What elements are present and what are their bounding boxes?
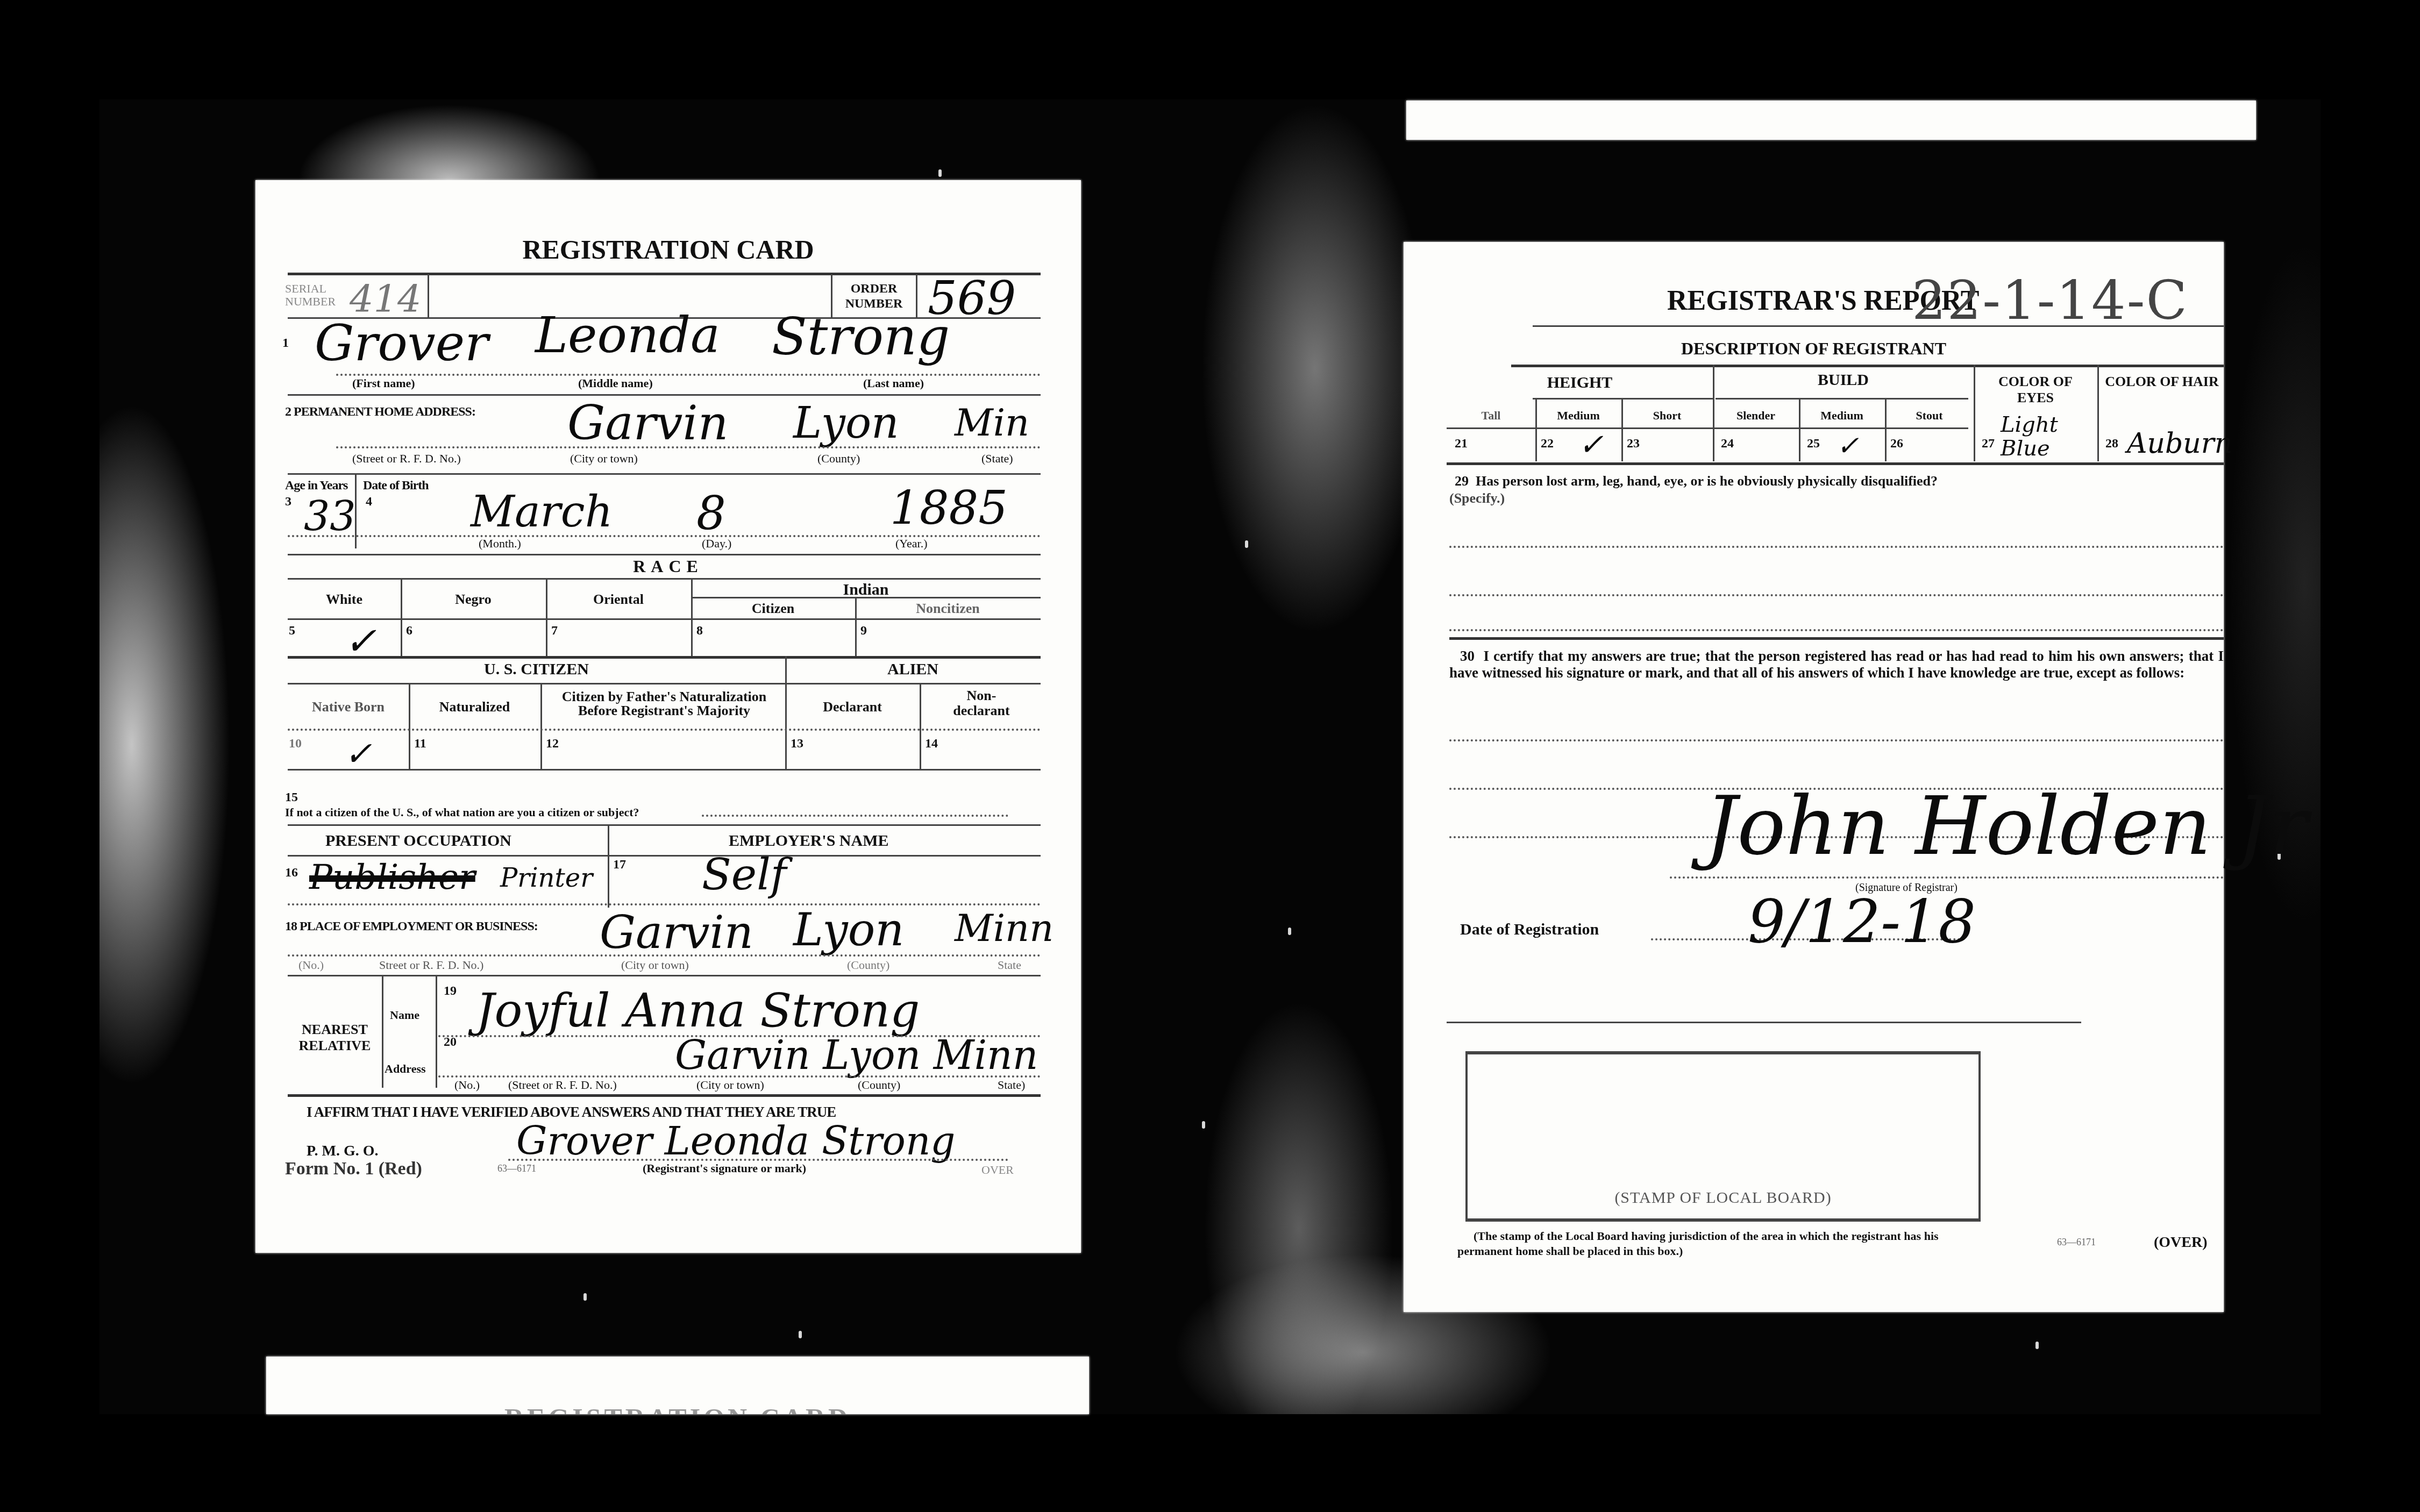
occupation-value: Printer <box>500 863 593 893</box>
divider <box>288 656 1041 659</box>
q7-number: 7 <box>551 624 558 638</box>
employment-county: Lyon <box>793 903 904 956</box>
right-print-code: 63—6171 <box>2057 1237 2096 1248</box>
divider <box>288 1094 1041 1097</box>
divider <box>288 975 1041 976</box>
left-over-label: OVER <box>981 1163 1014 1177</box>
left-print-code: 63—6171 <box>497 1163 536 1174</box>
eye-color-value: Light Blue <box>2001 413 2081 460</box>
divider <box>288 855 1041 857</box>
divider <box>1716 398 1968 400</box>
dotted-line <box>288 903 1041 905</box>
q19-number: 19 <box>444 984 457 999</box>
divider <box>608 824 609 908</box>
q12-number: 12 <box>546 737 559 751</box>
q3-number: 3 <box>285 495 291 509</box>
bottom-card-title: REGISTRATION CARD <box>266 1402 1089 1414</box>
day-label: (Day.) <box>702 537 731 551</box>
divider <box>1449 637 2224 640</box>
divider <box>1535 398 1537 461</box>
q27-number: 27 <box>1982 437 1995 451</box>
rel-city-label: (City or town) <box>696 1078 764 1092</box>
height-group: HEIGHT <box>1447 374 1713 392</box>
divider <box>1447 1022 2081 1023</box>
dotted-line <box>288 535 1041 537</box>
month-label: (Month.) <box>479 537 521 551</box>
declarant-label: Declarant <box>785 699 920 715</box>
home-county: Lyon <box>793 398 899 448</box>
serial-label: SERIAL NUMBER <box>285 282 350 308</box>
divider <box>546 578 547 656</box>
middle-name: Leonda <box>535 306 720 364</box>
home-state: Min <box>955 401 1029 445</box>
state-label: (State) <box>981 452 1013 466</box>
bottom-partial-card: REGISTRATION CARD <box>266 1357 1089 1414</box>
first-name-label: (First name) <box>352 376 415 390</box>
divider <box>1511 365 2224 367</box>
dotted-line <box>438 1075 1041 1078</box>
registrar-signature: John Holden Jr <box>1705 780 2308 873</box>
age-label: Age in Years <box>285 479 347 493</box>
dob-label: Date of Birth <box>363 479 429 493</box>
divider <box>288 824 1041 826</box>
nondeclarant-label: Non-declarant <box>941 688 1022 718</box>
native-born-label: Native Born <box>288 699 409 715</box>
build-group: BUILD <box>1713 371 1974 389</box>
q26-number: 26 <box>1890 437 1903 451</box>
divider <box>1447 427 1968 429</box>
dotted-line <box>1449 594 2224 596</box>
q23-number: 23 <box>1627 437 1640 451</box>
relative-address-label: Address <box>385 1062 426 1076</box>
race-negro: Negro <box>401 591 546 608</box>
col-slender: Slender <box>1713 409 1799 423</box>
rel-street-label: (Street or R. F. D. No.) <box>508 1078 617 1092</box>
dust-speck <box>583 1293 587 1301</box>
q21-number: 21 <box>1455 437 1468 451</box>
description-title: DESCRIPTION OF REGISTRANT <box>1404 339 2224 359</box>
date-of-registration: 9/12-18 <box>1748 887 1976 956</box>
rel-no-label: (No.) <box>454 1078 480 1092</box>
q11-number: 11 <box>414 737 426 751</box>
pmgo-label: P. M. G. O. <box>307 1143 379 1160</box>
q29-text: Has person lost arm, leg, hand, eye, or … <box>1476 473 1938 489</box>
last-name: Strong <box>772 306 950 367</box>
q22-number: 22 <box>1541 437 1554 451</box>
q28-number: 28 <box>2105 437 2118 451</box>
dust-speck <box>1245 540 1248 548</box>
dotted-line <box>1449 629 2224 631</box>
q24-number: 24 <box>1721 437 1734 451</box>
first-name: Grover <box>315 315 488 372</box>
hair-group: COLOR OF HAIR <box>2103 374 2221 390</box>
dob-day: 8 <box>696 487 726 540</box>
q9-number: 9 <box>860 624 867 638</box>
dotted-line <box>288 729 1041 731</box>
home-city: Garvin <box>567 395 728 451</box>
registration-card: REGISTRATION CARD SERIAL NUMBER 414 ORDE… <box>255 180 1081 1253</box>
rel-state-label: State) <box>998 1078 1025 1092</box>
emp-street-label: Street or R. F. D. No.) <box>379 958 483 972</box>
emp-city-label: (City or town) <box>621 958 689 972</box>
q6-number: 6 <box>406 624 412 638</box>
divider <box>1799 398 1800 461</box>
q15-question: If not a citizen of the U. S., of what n… <box>285 805 639 819</box>
col-build-medium: Medium <box>1799 409 1885 423</box>
registrars-report-card: REGISTRAR'S REPORT 22-1-14-C DESCRIPTION… <box>1404 242 2224 1312</box>
county-label: (County) <box>817 452 860 466</box>
height-medium-checkmark: ✓ <box>1578 427 1604 462</box>
q30-number: 30 <box>1449 648 1475 664</box>
date-of-registration-label: Date of Registration <box>1460 921 1599 939</box>
dotted-line <box>1449 739 2224 741</box>
q29-question: 29 Has person lost arm, leg, hand, eye, … <box>1455 473 1938 489</box>
race-indian-citizen: Citizen <box>691 601 855 617</box>
divider <box>436 975 437 1088</box>
dust-speck <box>1202 1121 1205 1129</box>
dotted-line <box>702 815 1008 817</box>
stamp-box: (STAMP OF LOCAL BOARD) <box>1465 1051 1981 1222</box>
divider <box>2097 365 2099 461</box>
q8-number: 8 <box>696 624 703 638</box>
q16-number: 16 <box>285 866 298 880</box>
stamp-number: 22-1-14-C <box>1912 269 2188 332</box>
dust-speck <box>1288 928 1291 935</box>
home-address-label: 2 PERMANENT HOME ADDRESS: <box>285 405 475 419</box>
race-indian-noncitizen: Noncitizen <box>855 601 1041 617</box>
nearest-relative-label: NEAREST RELATIVE <box>288 1022 382 1054</box>
divider <box>409 683 410 769</box>
right-over-label: (OVER) <box>2154 1234 2208 1251</box>
occupation-header: PRESENT OCCUPATION <box>325 832 511 850</box>
q14-number: 14 <box>925 737 938 751</box>
form-number: Form No. 1 (Red) <box>285 1159 422 1179</box>
divider <box>428 274 429 317</box>
q20-number: 20 <box>444 1035 457 1050</box>
divider <box>288 473 1041 475</box>
age-value: 33 <box>304 492 356 540</box>
employer-value: Self <box>702 850 786 900</box>
divider <box>288 683 1041 684</box>
col-short: Short <box>1621 409 1713 423</box>
divider <box>1447 462 2224 465</box>
race-indian: Indian <box>691 581 1041 599</box>
employment-place-label: 18 PLACE OF EMPLOYMENT OR BUSINESS: <box>285 919 538 934</box>
dob-year: 1885 <box>890 481 1008 535</box>
last-name-label: (Last name) <box>863 376 924 390</box>
emp-county-label: (County) <box>847 958 889 972</box>
q29-number: 29 <box>1455 473 1469 489</box>
divider <box>1974 365 1975 461</box>
employer-header: EMPLOYER'S NAME <box>729 832 889 850</box>
emp-no-label: (No.) <box>298 958 324 972</box>
divider <box>540 683 542 769</box>
divider <box>288 554 1041 555</box>
employment-state: Minn <box>955 906 1054 950</box>
dotted-line <box>336 446 1041 448</box>
q25-number: 25 <box>1807 437 1820 451</box>
dotted-line <box>288 954 1041 957</box>
q4-number: 4 <box>366 495 372 509</box>
divider <box>920 683 921 769</box>
col-stout: Stout <box>1885 409 1974 423</box>
dotted-line <box>1449 546 2224 548</box>
dotted-line <box>336 374 1041 376</box>
q10-number: 10 <box>289 737 302 751</box>
dust-speck <box>2035 1342 2039 1349</box>
col-tall: Tall <box>1447 409 1535 423</box>
occupation-struck: Publisher <box>309 858 475 897</box>
relative-name: Joyful Anna Strong <box>476 984 920 1038</box>
dotted-line <box>1670 876 2224 879</box>
dust-speck <box>938 169 942 177</box>
q15-number: 15 <box>285 790 298 805</box>
q17-number: 17 <box>613 858 626 872</box>
top-partial-card <box>1406 101 2256 140</box>
divider <box>288 769 1041 771</box>
q29-specify: (Specify.) <box>1449 490 1505 507</box>
employment-city: Garvin <box>600 906 753 959</box>
race-white: White <box>288 591 401 608</box>
stamp-box-label: (STAMP OF LOCAL BOARD) <box>1468 1189 1978 1207</box>
alien-title: ALIEN <box>785 660 1041 679</box>
dust-speck <box>799 1331 802 1338</box>
rel-county-label: (County) <box>858 1078 900 1092</box>
divider <box>382 975 383 1088</box>
city-label: (City or town) <box>570 452 638 466</box>
build-medium-checkmark: ✓ <box>1837 430 1859 461</box>
hair-color-value: Auburn <box>2127 427 2232 460</box>
citizen-by-father-label: Citizen by Father's Naturalization Befor… <box>557 690 772 718</box>
dob-month: March <box>471 487 613 537</box>
street-label: (Street or R. F. D. No.) <box>352 452 461 466</box>
stamp-caption: (The stamp of the Local Board having jur… <box>1457 1229 1995 1259</box>
divider <box>1621 398 1623 461</box>
us-citizen-title: U. S. CITIZEN <box>288 660 785 679</box>
col-height-medium: Medium <box>1535 409 1621 423</box>
naturalized-label: Naturalized <box>409 699 540 715</box>
relative-name-label: Name <box>390 1008 419 1022</box>
middle-name-label: (Middle name) <box>578 376 653 390</box>
native-born-checkmark: ✓ <box>344 734 372 773</box>
race-title: RACE <box>255 557 1081 576</box>
year-label: (Year.) <box>895 537 927 551</box>
q30-text: I certify that my answers are true; that… <box>1449 648 2224 681</box>
q30-certification: 30 I certify that my answers are true; t… <box>1449 648 2224 681</box>
emp-state-label: State <box>998 958 1021 972</box>
divider <box>1885 398 1887 461</box>
q1-number: 1 <box>282 336 289 351</box>
q13-number: 13 <box>791 737 803 751</box>
divider <box>401 578 402 656</box>
eyes-group: COLOR OF EYES <box>1979 374 2092 406</box>
race-oriental: Oriental <box>546 591 691 608</box>
signature-label: (Registrant's signature or mark) <box>643 1161 806 1175</box>
card-title: REGISTRATION CARD <box>255 234 1081 265</box>
dotted-line <box>508 1159 1008 1161</box>
divider <box>288 618 1041 620</box>
q5-number: 5 <box>289 624 295 638</box>
registrant-signature: Grover Leonda Strong <box>516 1118 955 1164</box>
divider <box>1533 325 2224 327</box>
relative-address: Garvin Lyon Minn <box>675 1032 1038 1079</box>
